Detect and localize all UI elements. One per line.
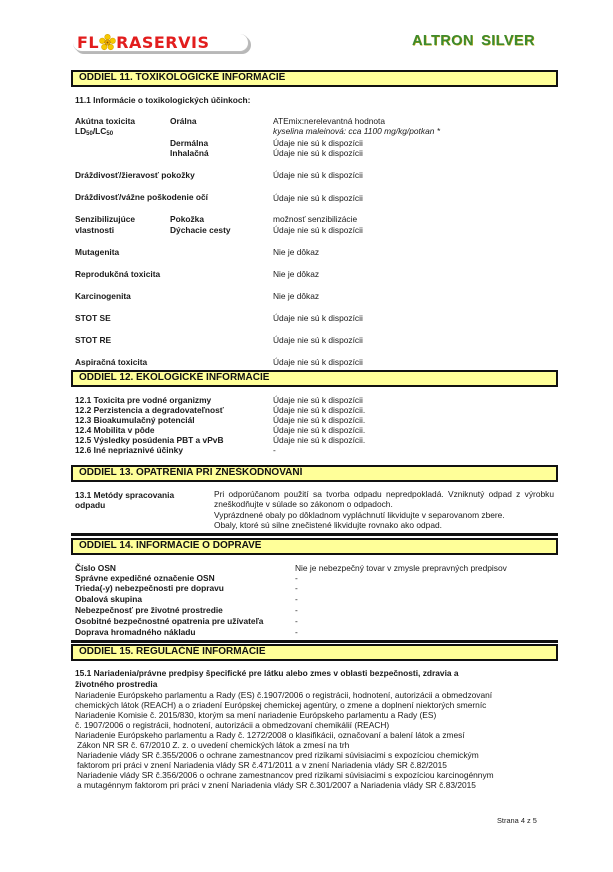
eco-row-label: 12.2 Perzistencia a degradovateľnosť [75, 405, 224, 415]
section-12-header: ODDIEL 12. EKOLOGICKÉ INFORMÁCIE [71, 370, 558, 387]
transport-row-value: - [295, 616, 298, 626]
regulation-line: Nariadenie vlády SR č.356/2006 o ochrane… [77, 770, 494, 780]
oral-value-1: ATEmix:nerelevantná hodnota [273, 116, 385, 126]
disposal-label-2: odpadu [75, 500, 105, 510]
sensitization-respiratory-value: Údaje nie sú k dispozícii [273, 225, 363, 235]
tox-row-label: Karcinogenita [75, 291, 131, 301]
eco-row-label: 12.4 Mobilita v pôde [75, 425, 155, 435]
regulation-line: chemických látok (REACH) a o zriadení Eu… [75, 700, 486, 710]
section-11-header: ODDIEL 11. TOXIKOLOGICKÉ INFORMÁCIE [71, 70, 558, 87]
tox-row-label: STOT RE [75, 335, 111, 345]
regulation-line: Zákon NR SR č. 67/2010 Z. z. o uvedení c… [77, 740, 349, 750]
eco-row-label: 12.1 Toxicita pre vodné organizmy [75, 395, 211, 405]
regulation-line: č. 1907/2006 o registrácii, hodnotení, a… [75, 720, 389, 730]
transport-row-label: Trieda(-y) nebezpečnosti pre dopravu [75, 583, 224, 593]
section-15-header: ODDIEL 15. REGULAČNÉ INFORMÁCIE [71, 644, 558, 661]
eco-row-value: Údaje nie sú k dispozícii. [273, 425, 365, 435]
route-oral: Orálna [170, 116, 197, 126]
tox-row-value: Nie je dôkaz [273, 247, 319, 257]
transport-row-value: Nie je nebezpečný tovar v zmysle preprav… [295, 563, 507, 573]
skin-irritation-label: Dráždivosť/žieravosť pokožky [75, 170, 195, 180]
sds-page: FLRASERVIS ALTRON SILVER ODDIEL 11. TOXI… [0, 0, 613, 872]
tox-row-label: STOT SE [75, 313, 111, 323]
tox-row-value: Údaje nie sú k dispozícii [273, 335, 363, 345]
eco-row-value: Údaje nie sú k dispozícii [273, 395, 363, 405]
eco-row-value: Údaje nie sú k dispozícii. [273, 405, 365, 415]
regulations-subtitle-1: 15.1 Nariadenia/právne predpisy špecific… [75, 668, 459, 678]
eco-row-label: 12.3 Bioakumulačný potenciál [75, 415, 195, 425]
tox-row-value: Nie je dôkaz [273, 269, 319, 279]
oral-value-2: kyselina maleinová: cca 1100 mg/kg/potka… [273, 126, 440, 136]
section-11-subtitle: 11.1 Informácie o toxikologických účinko… [75, 95, 250, 105]
section-14-header: ODDIEL 14. INFORMÁCIE O DOPRAVE [71, 538, 558, 555]
regulation-line: Nariadenie Európskeho parlamentu a Rady … [75, 730, 465, 740]
transport-row-value: - [295, 605, 298, 615]
ld50-lc50-label: LD50/LC50 [75, 126, 113, 139]
disposal-label-1: 13.1 Metódy spracovania [75, 490, 174, 500]
transport-row-value: - [295, 573, 298, 583]
product-name: ALTRON SILVER [412, 33, 535, 49]
transport-row-label: Nebezpečnosť pre životné prostredie [75, 605, 223, 615]
acute-toxicity-label: Akútna toxicita [75, 116, 135, 126]
transport-row-label: Správne expedičné označenie OSN [75, 573, 215, 583]
transport-row-label: Doprava hromadného nákladu [75, 627, 196, 637]
transport-row-value: - [295, 583, 298, 593]
sensitization-label-2: vlastnosti [75, 225, 114, 235]
regulations-subtitle-2: životného prostredia [75, 679, 157, 689]
eco-row-value: Údaje nie sú k dispozícii. [273, 435, 365, 445]
regulation-line: Nariadenie vlády SR č.355/2006 o ochrane… [77, 750, 479, 760]
disposal-paragraph-3: Obaly, ktoré sú silne znečistené likvidu… [214, 520, 442, 530]
section-13-header: ODDIEL 13. OPATRENIA PRI ZNEŠKODŇOVANÍ [71, 465, 558, 482]
regulation-line: Nariadenie Európskeho parlamentu a Rady … [75, 690, 492, 700]
disposal-paragraph-1: Pri odporúčanom použití sa tvorba odpadu… [214, 490, 554, 510]
eco-row-value: Údaje nie sú k dispozícii. [273, 415, 365, 425]
disposal-paragraph-2: Vyprázdnené obaly po dôkladnom vypláchnu… [214, 510, 505, 520]
tox-row-label: Mutagenita [75, 247, 119, 257]
inhalation-value: Údaje nie sú k dispozícii [273, 148, 363, 158]
sensitization-skin-value: možnosť senzibilizácie [273, 214, 357, 224]
sensitization-route-skin: Pokožka [170, 214, 204, 224]
transport-row-label: Osobitné bezpečnostné opatrenia pre užív… [75, 616, 263, 626]
floraservis-logo: FLRASERVIS [73, 32, 251, 54]
transport-row-label: Obalová skupina [75, 594, 142, 604]
eye-irritation-value: Údaje nie sú k dispozícii [273, 193, 363, 203]
tox-row-value: Údaje nie sú k dispozícii [273, 357, 363, 367]
logo-wordmark: FLRASERVIS [77, 33, 209, 53]
route-inhalation: Inhalačná [170, 148, 209, 158]
eco-row-value: - [273, 445, 276, 455]
route-dermal: Dermálna [170, 138, 208, 148]
sensitization-route-respiratory: Dýchacie cesty [170, 225, 231, 235]
skin-irritation-value: Údaje nie sú k dispozícii [273, 170, 363, 180]
regulation-line: a mutagénnym faktorom pri práci v znení … [77, 780, 476, 790]
tox-row-value: Údaje nie sú k dispozícii [273, 313, 363, 323]
transport-row-value: - [295, 627, 298, 637]
logo-text-left: FL [77, 33, 99, 52]
logo-text-right: RASERVIS [116, 33, 209, 52]
regulation-line: faktorom pri práci v znení Nariadenia vl… [77, 760, 447, 770]
dermal-value: Údaje nie sú k dispozícii [273, 138, 363, 148]
section-13-divider [71, 533, 558, 536]
tox-row-label: Aspiračná toxicita [75, 357, 147, 367]
flower-icon [99, 34, 116, 51]
sensitization-label-1: Senzibilizujúce [75, 214, 135, 224]
page-number: Strana 4 z 5 [497, 816, 537, 825]
eco-row-label: 12.5 Výsledky posúdenia PBT a vPvB [75, 435, 224, 445]
eye-irritation-label: Dráždivosť/vážne poškodenie očí [75, 192, 208, 202]
tox-row-value: Nie je dôkaz [273, 291, 319, 301]
transport-row-label: Číslo OSN [75, 563, 116, 573]
tox-row-label: Reprodukčná toxicita [75, 269, 160, 279]
eco-row-label: 12.6 Iné nepriaznivé účinky [75, 445, 183, 455]
transport-row-value: - [295, 594, 298, 604]
section-14-divider [71, 640, 558, 643]
regulation-line: Nariadenie Komisie č. 2015/830, ktorým s… [75, 710, 436, 720]
